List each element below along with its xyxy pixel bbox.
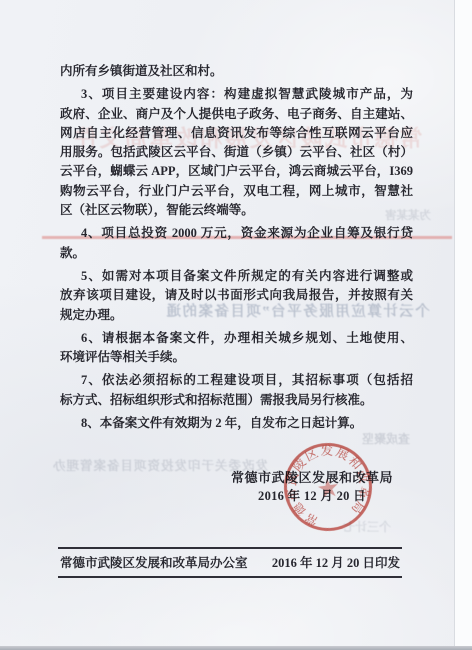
body-line: 标方式、招标组织形式和招标范围）需报我局另行核准。: [60, 391, 413, 410]
body-line: 款。: [60, 244, 413, 263]
body-line: 7、依法必须招标的工程建设项目，其招标事项（包括招: [60, 371, 413, 390]
body-line: 云平台，蝴蝶云 APP，区域门户云平台，鸿云商城云平台，I369: [60, 162, 413, 181]
body-line: 8、本备案文件有效期为 2 年，自发布之日起计算。: [60, 414, 413, 433]
body-line: 6、请根据本备案文件，办理相关城乡规划、土地使用、: [60, 329, 413, 348]
body-line: 政府、企业、商户及个人提供电子政务、电子商务、自主建站、: [60, 105, 413, 124]
body-line: 用服务。包括武陵区云平台、街道（乡镇）云平台、社区（村）: [60, 143, 413, 162]
footer-office: 常德市武陵区发展和改革局办公室: [60, 553, 248, 571]
body-line: 购物云平台，行业门户云平台，双电工程，网上城市，智慧社: [60, 182, 413, 201]
scanner-background-strip: [454, 0, 472, 650]
body-line: 区（社区云物联），智能云终端等。: [60, 201, 413, 220]
official-seal: 常德市武陵区发展和改革局 ★: [276, 435, 380, 539]
page-bottom-edge-shadow: [0, 646, 472, 650]
document-footer: 常德市武陵区发展和改革局办公室 2016 年 12 月 20 日印发: [58, 547, 402, 578]
body-line: 规定办理。: [60, 306, 413, 325]
body-line: 网店自主化经营管理、信息资讯发布等综合性互联网云平台应: [60, 124, 413, 143]
body-line: 内所有乡镇街道及社区和村。: [60, 62, 413, 81]
scanned-document-page: 常德市武陵区发展和改革局文件 个云计算应用服务平台”项目备案的通 发改委关于印发…: [0, 0, 472, 650]
body-line: 4、项目总投资 2000 万元，资金来源为企业自筹及银行贷: [60, 224, 413, 243]
star-icon: ★: [315, 473, 342, 505]
body-line: 环境评估等相关手续。: [60, 348, 413, 367]
body-line: 3、项目主要建设内容：构建虚拟智慧武陵城市产品，为: [60, 85, 413, 104]
document-body: 内所有乡镇街道及社区和村。 3、项目主要建设内容：构建虚拟智慧武陵城市产品，为 …: [60, 62, 413, 433]
body-line: 5、如需对本项目备案文件所规定的有关内容进行调整或: [60, 267, 413, 286]
body-line: 放弃该项目建设，请及时以书面形式向我局报告，并按照有关: [60, 286, 413, 305]
footer-print-date: 2016 年 12 月 20 日印发: [272, 553, 400, 571]
